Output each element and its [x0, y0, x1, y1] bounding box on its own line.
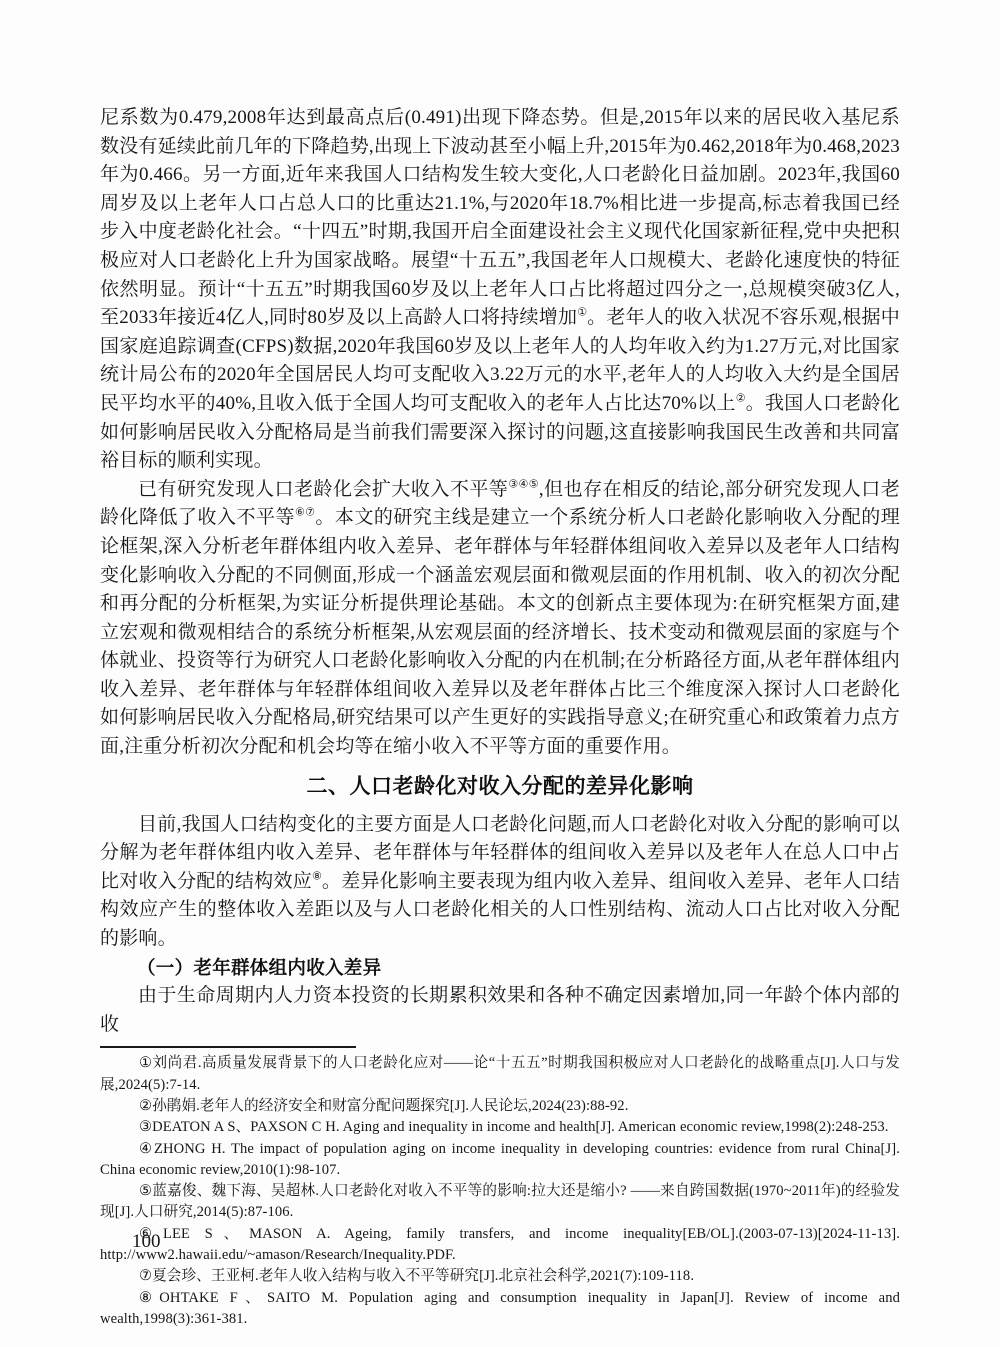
footnote: ⑦夏会珍、王亚柯.老年人收入结构与收入不平等研究[J].北京社会科学,2021(…	[100, 1266, 900, 1287]
footnote-ref-marker: ②	[736, 393, 746, 405]
footnote: ⑥LEE S、MASON A. Ageing, family transfers…	[100, 1224, 900, 1267]
section-heading: 二、人口老龄化对收入分配的差异化影响	[100, 773, 900, 800]
footnote-marker: ⑧	[139, 1290, 159, 1306]
footnote-marker: ④	[139, 1141, 154, 1157]
document-body: 尼系数为0.479,2008年达到最高点后(0.491)出现下降态势。但是,20…	[100, 104, 900, 1330]
footnote: ④ZHONG H. The impact of population aging…	[100, 1139, 900, 1182]
footnote: ②孙鹃娟.老年人的经济安全和财富分配问题探究[J].人民论坛,2024(23):…	[100, 1096, 900, 1117]
footnote-marker: ⑤	[139, 1183, 152, 1199]
footnote-separator	[100, 1046, 356, 1048]
body-paragraph: 尼系数为0.479,2008年达到最高点后(0.491)出现下降态势。但是,20…	[100, 104, 900, 476]
footnote-ref-marker: ③④⑤	[508, 478, 538, 490]
subsection-heading: （一）老年群体组内收入差异	[100, 954, 900, 983]
footnote: ⑧OHTAKE F、SAITO M. Population aging and …	[100, 1288, 900, 1331]
text-run: 。本文的研究主线是建立一个系统分析人口老龄化影响收入分配的理论框架,深入分析老年…	[100, 507, 900, 757]
text-run: 由于生命周期内人力资本投资的长期累积效果和各种不确定因素增加,同一年龄个体内部的…	[100, 985, 900, 1035]
footnote: ①刘尚君.高质量发展背景下的人口老龄化应对——论“十五五”时期我国积极应对人口老…	[100, 1053, 900, 1096]
footnote: ⑤蓝嘉俊、魏下海、吴超林.人口老龄化对收入不平等的影响:拉大还是缩小? ——来自…	[100, 1181, 900, 1224]
footnote: ③DEATON A S、PAXSON C H. Aging and inequa…	[100, 1117, 900, 1138]
body-paragraph: 已有研究发现人口老龄化会扩大收入不平等③④⑤,但也存在相反的结论,部分研究发现人…	[100, 476, 900, 762]
text-run: 已有研究发现人口老龄化会扩大收入不平等	[138, 479, 508, 500]
body-paragraph: 由于生命周期内人力资本投资的长期累积效果和各种不确定因素增加,同一年龄个体内部的…	[100, 982, 900, 1039]
footnote-list: ①刘尚君.高质量发展背景下的人口老龄化应对——论“十五五”时期我国积极应对人口老…	[100, 1053, 900, 1330]
footnote-marker: ⑦	[139, 1268, 152, 1284]
document-page: 尼系数为0.479,2008年达到最高点后(0.491)出现下降态势。但是,20…	[0, 0, 1000, 1347]
text-run: 尼系数为0.479,2008年达到最高点后(0.491)出现下降态势。但是,20…	[100, 107, 900, 328]
footnote-ref-marker: ⑥⑦	[295, 507, 315, 519]
footnote-marker: ③	[139, 1119, 152, 1135]
footnote-marker: ②	[139, 1098, 152, 1114]
footnote-ref-marker: ①	[577, 307, 587, 319]
footnote-ref-marker: ⑧	[312, 871, 322, 883]
body-paragraph: 目前,我国人口结构变化的主要方面是人口老龄化问题,而人口老龄化对收入分配的影响可…	[100, 811, 900, 954]
page-number: 100	[132, 1231, 161, 1253]
footnote-marker: ①	[139, 1055, 153, 1071]
